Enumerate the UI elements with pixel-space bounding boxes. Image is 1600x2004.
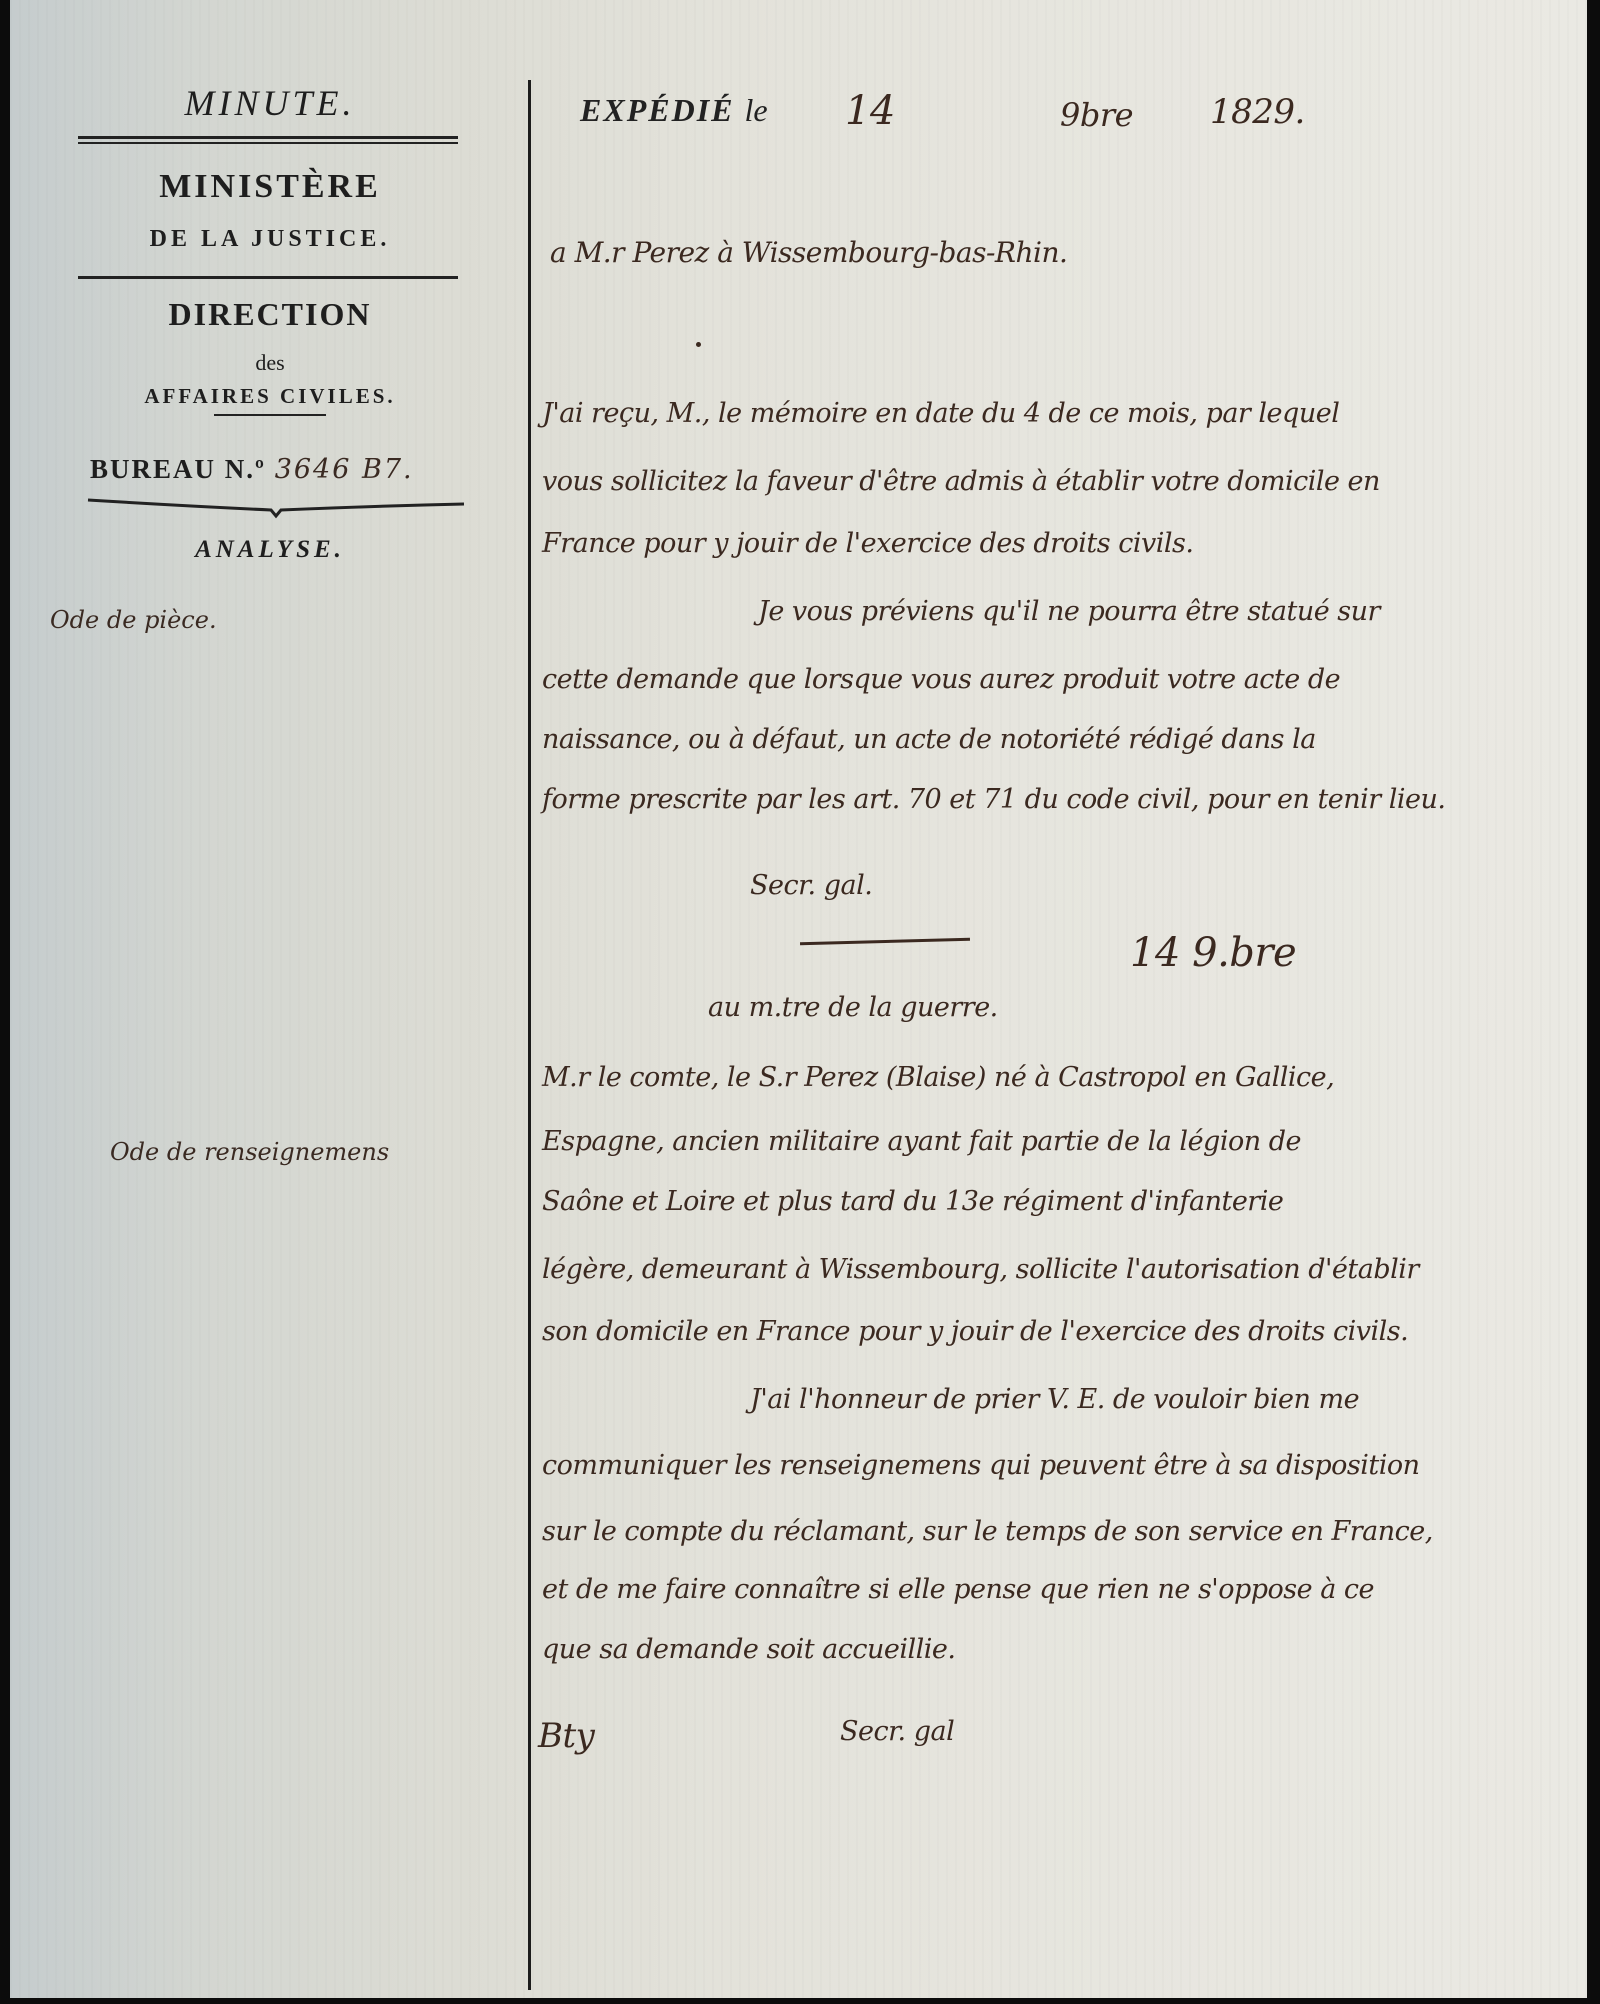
margin-note-piece: Ode de pièce.	[50, 606, 217, 634]
minute-heading: MINUTE.	[70, 82, 470, 124]
letter2-closing: Secr. gal	[840, 1716, 954, 1747]
bureau-handwritten-number: 3646 B7.	[275, 454, 414, 485]
letter2-date-note: 14 9.bre	[1130, 930, 1296, 976]
direction-des: des	[70, 350, 470, 376]
bureau-label: BUREAU N.º	[90, 454, 266, 484]
letter2-line: communiquer les renseignemens qui peuven…	[542, 1450, 1420, 1481]
letter1-line: cette demande que lorsque vous aurez pro…	[542, 664, 1340, 695]
direction-subtitle: AFFAIRES CIVILES.	[70, 384, 470, 409]
dispatch-label: EXPÉDIÉ	[580, 92, 734, 128]
letter2-line: Espagne, ancien militaire ayant fait par…	[542, 1126, 1301, 1157]
letter1-line: forme prescrite par les art. 70 et 71 du…	[542, 784, 1446, 815]
ink-dot	[696, 342, 701, 347]
dispatch-month: 9bre	[1060, 96, 1133, 134]
letter1-closing: Secr. gal.	[750, 870, 872, 901]
column-divider	[528, 80, 531, 1990]
letter2-line: que sa demande soit accueillie.	[542, 1634, 955, 1665]
document-page: MINUTE. MINISTÈRE DE LA JUSTICE. DIRECTI…	[10, 0, 1587, 1998]
letter2-line: sur le compte du réclamant, sur le temps…	[542, 1516, 1433, 1547]
letter1-line: naissance, ou à défaut, un acte de notor…	[542, 724, 1316, 755]
dispatch-line: EXPÉDIÉ le	[580, 92, 768, 129]
letter1-address: a M.r Perez à Wissembourg-bas-Rhin.	[550, 236, 1067, 269]
letter2-line: et de me faire connaître si elle pense q…	[542, 1574, 1374, 1605]
letter2-line: légère, demeurant à Wissembourg, sollici…	[542, 1254, 1419, 1285]
margin-note-renseignemens: Ode de renseignemens	[110, 1138, 389, 1166]
section-rule	[78, 276, 458, 279]
direction-title: DIRECTION	[70, 296, 470, 333]
dispatch-day: 14	[845, 88, 895, 134]
dispatch-le: le	[744, 92, 767, 128]
letter1-line: vous sollicitez la faveur d'être admis à…	[542, 466, 1380, 497]
letter1-line: France pour y jouir de l'exercice des dr…	[542, 528, 1193, 559]
letter-separator	[800, 938, 970, 945]
letter2-line: M.r le comte, le S.r Perez (Blaise) né à…	[542, 1062, 1334, 1093]
letter1-line: Je vous préviens qu'il ne pourra être st…	[758, 596, 1380, 627]
double-rule-top	[78, 136, 458, 139]
analyse-heading: ANALYSE.	[70, 536, 470, 564]
ministry-subtitle: DE LA JUSTICE.	[70, 226, 470, 253]
bureau-number: BUREAU N.º 3646 B7.	[90, 454, 414, 485]
letter2-line: J'ai l'honneur de prier V. E. de vouloir…	[750, 1384, 1359, 1415]
letter1-line: J'ai reçu, M., le mémoire en date du 4 d…	[542, 398, 1339, 429]
double-rule-bottom	[78, 142, 458, 144]
letter2-line: son domicile en France pour y jouir de l…	[542, 1316, 1408, 1347]
letter2-address: au m.tre de la guerre.	[708, 992, 998, 1023]
ministry-title: MINISTÈRE	[70, 168, 470, 206]
dispatch-year: 1829.	[1210, 92, 1305, 132]
letter2-line: Saône et Loire et plus tard du 13e régim…	[542, 1186, 1283, 1217]
letter2-initials: Bty	[538, 1716, 594, 1756]
brace-ornament	[86, 496, 466, 520]
short-rule	[214, 414, 326, 416]
